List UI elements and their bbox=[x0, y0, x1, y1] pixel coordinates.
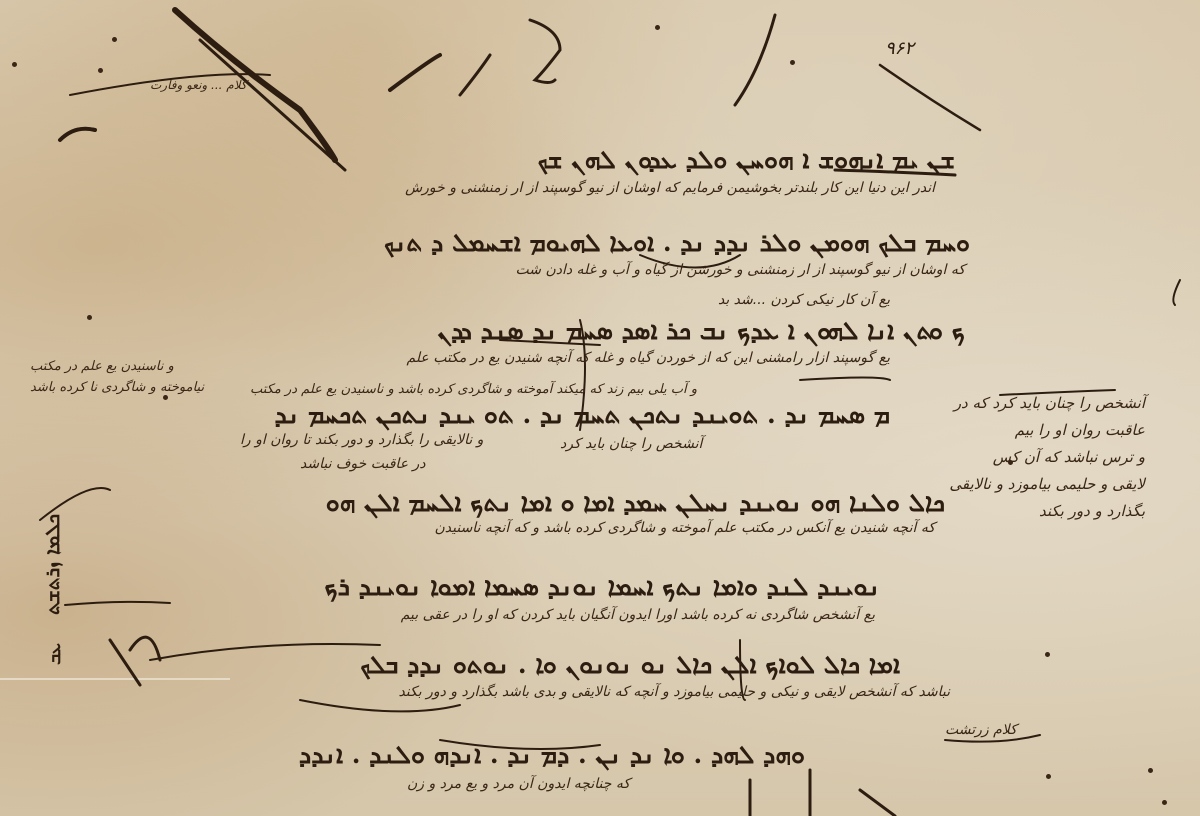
manuscript-page: ۹۶۲ کلام ... ونعو وفارت ܫܢ ܝܡ ܐܢܗܘܫ ܐ ܗܘ… bbox=[0, 0, 1200, 816]
margin-line-5: بگذارد و دور بکند bbox=[945, 498, 1145, 525]
ink-speck bbox=[12, 62, 17, 67]
gloss-left-2: نیاموخته و شاگردی نا کرده باشد bbox=[30, 380, 204, 395]
margin-line-1: آنشخص را چنان باید کرد که در bbox=[945, 390, 1145, 417]
margin-line-4: لایقی و حلیمی بیاموزد و نالایقی bbox=[945, 471, 1145, 498]
gloss-line-3: یع گوسپند ازار رامشنی این که از خوردن گی… bbox=[406, 350, 890, 366]
gloss-center-1: و نالایقی را بگذارد و دور بکند تا روان ا… bbox=[240, 432, 483, 448]
ink-speck bbox=[163, 395, 168, 400]
ink-speck bbox=[790, 60, 795, 65]
pahlavi-line-7: ܐܡܐ ܟܐܠ ܠܘܐܟ ܐܠܢ ܟܐܠ ܢܘ ܢܘܢܘܢ ܘܐ . ܢܘܬܘ … bbox=[360, 650, 900, 680]
ink-speck bbox=[87, 315, 92, 320]
ink-speck bbox=[98, 68, 103, 73]
left-vertical-note-2: ܥܒ bbox=[45, 615, 65, 665]
pahlavi-line-5: ܟܐܠ ܘܠܢܐ ܗܘ ܢܘܝܢܕ ܢܚܠܢ ܚܡܕ ܐܡܐ ܘ ܐܡܐ ܢܬܟ… bbox=[326, 488, 945, 518]
gloss-line-5: که آنچه شنیدن یع آنکس در مکتب علم آموخته… bbox=[434, 520, 935, 536]
gloss-line-2: که اوشان از نیو گوسپند از ار زمنشنی و خو… bbox=[516, 262, 965, 278]
pahlavi-line-3: ܟ ܘܬܢ ܐܢܐ ܠܗܘܢ ܐ ܥܕܟ ܢܒ ܟܪ ܐܣܕ ܣܚܡ ܢܕ ܣܢ… bbox=[437, 316, 965, 346]
ink-speck bbox=[1045, 652, 1050, 657]
gloss-line-8: که چنانچه ایدون آن مرد و یع مرد و زن bbox=[407, 776, 630, 792]
pahlavi-line-2: ܘܚܡ ܒܠܟ ܗܘܡܢ ܘܠܪ ܢܕܕ ܢܕ . ܐܘܥܐ ܠܗܝܘܡ ܐܫܚ… bbox=[384, 228, 970, 258]
gloss-line-4: و آب یلی بیم زند که میکند آموخته و شاگرد… bbox=[250, 382, 697, 397]
gloss-left-1: و ناسنیدن یع علم در مکتب bbox=[30, 356, 174, 378]
margin-line-2: عاقبت روان او را بیم bbox=[945, 417, 1145, 444]
left-vertical-note: ܟܠܡܐ ܙܪܬܫܬ bbox=[40, 495, 64, 615]
ink-speck bbox=[1046, 774, 1051, 779]
ink-speck bbox=[1148, 768, 1153, 773]
ink-speck bbox=[655, 25, 660, 30]
right-margin-note: آنشخص را چنان باید کرد که در عاقبت روان … bbox=[945, 390, 1145, 525]
folio-number: ۹۶۲ bbox=[885, 38, 914, 59]
gloss-extra: یع آن کار نیکی کردن ...شد بد bbox=[718, 292, 890, 308]
gloss-line-6: یع آنشخص شاگردی نه کرده باشد اورا ایدون … bbox=[401, 607, 875, 623]
margin-line-3: و ترس نباشد که آن کس bbox=[945, 444, 1145, 471]
gloss-line-1: اندر این دنیا این کار بلندتر بخوشیمن فرم… bbox=[405, 180, 935, 196]
pahlavi-line-1: ܫܢ ܝܡ ܐܢܗܘܫ ܐ ܗܘܚܢ ܘܠܕ ܥܕܘܢ ܠܗܢ ܫܟ bbox=[538, 145, 955, 175]
ink-speck bbox=[1008, 460, 1013, 465]
paper-fold-line bbox=[0, 678, 230, 680]
bottom-right-note: کلام زرتشت bbox=[945, 722, 1017, 738]
top-note: کلام ... ونعو وفارت bbox=[150, 78, 247, 92]
pahlavi-line-4: ܡ ܣܚܡ ܢܕ . ܬܘܝܢܕ ܢܬܟܢ ܬܚܡ ܢܕ . ܬܘ ܝܢܕ ܢܬ… bbox=[275, 400, 890, 430]
pahlavi-line-8: ܘܗܕ ܠܗܕ . ܘܐ ܢܕ ܢܢ . ܕܡ ܢܕ . ܐܢܕܗ ܘܠܢܕ .… bbox=[299, 740, 805, 770]
gloss-right-center: آنشخص را چنان باید کرد bbox=[560, 436, 702, 452]
ink-speck bbox=[1162, 800, 1167, 805]
gloss-center-2: در عاقبت خوف نباشد bbox=[300, 456, 426, 472]
ink-speck bbox=[112, 37, 117, 42]
gloss-line-7: نباشد که آنشخص لایقی و نیکی و حلیمی بیام… bbox=[398, 684, 950, 700]
pahlavi-line-6: ܢܘܝܢܕ ܠܢܕ ܘܐܡܐ ܢܬܟ ܐܚܡܐ ܢܘܢܕ ܣܚܡܐ ܐܡܘܐ ܢ… bbox=[324, 572, 880, 602]
